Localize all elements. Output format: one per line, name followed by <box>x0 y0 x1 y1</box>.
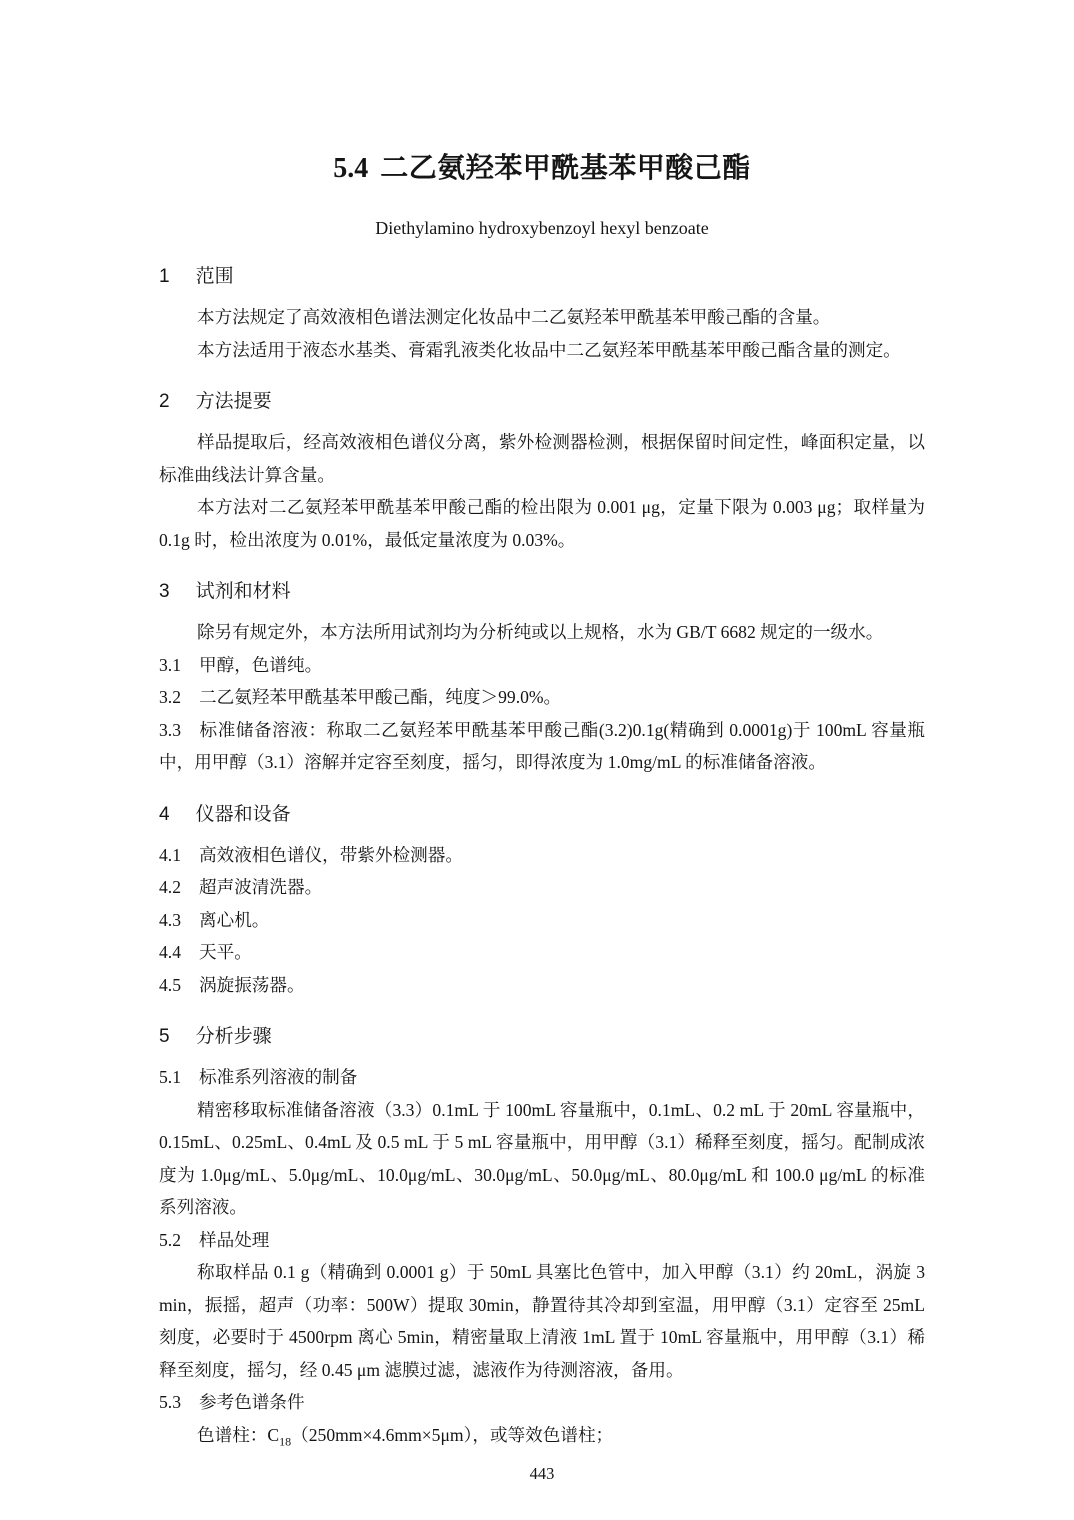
subsection-heading: 5.1标准系列溶液的制备 <box>159 1061 925 1094</box>
item-text: 二乙氨羟苯甲酰基苯甲酸己酯，纯度＞99.0%。 <box>199 687 561 707</box>
paragraph: 本方法规定了高效液相色谱法测定化妆品中二乙氨羟苯甲酰基苯甲酸己酯的含量。 <box>159 301 925 334</box>
item-number: 3.3 <box>159 720 181 740</box>
page-title: 5.4二乙氨羟苯甲酰基苯甲酸己酯 <box>159 146 925 191</box>
subsection-title: 参考色谱条件 <box>199 1392 305 1412</box>
section-heading: 1范围 <box>159 263 925 291</box>
list-item: 4.5涡旋振荡器。 <box>159 969 925 1002</box>
section-heading: 5分析步骤 <box>159 1023 925 1051</box>
item-number: 3.1 <box>159 655 181 675</box>
section-number: 2 <box>159 391 170 412</box>
section-method-summary: 2方法提要 样品提取后，经高效液相色谱仪分离，紫外检测器检测，根据保留时间定性，… <box>159 388 925 556</box>
item-number: 5.1 <box>159 1067 181 1087</box>
item-number: 5.3 <box>159 1392 181 1412</box>
section-number: 1 <box>159 266 170 287</box>
page-title-number: 5.4 <box>333 153 368 184</box>
list-item: 4.4天平。 <box>159 936 925 969</box>
section-number: 3 <box>159 581 170 602</box>
subsection-heading: 5.3参考色谱条件 <box>159 1386 925 1419</box>
document-page: 5.4二乙氨羟苯甲酰基苯甲酸己酯 Diethylamino hydroxyben… <box>0 0 1074 1520</box>
list-item: 3.3标准储备溶液：称取二乙氨羟苯甲酰基苯甲酸己酯(3.2)0.1g(精确到 0… <box>159 714 925 779</box>
section-number: 5 <box>159 1026 170 1047</box>
section-reagents-materials: 3试剂和材料 除另有规定外，本方法所用试剂均为分析纯或以上规格，水为 GB/T … <box>159 578 925 779</box>
list-item: 4.3离心机。 <box>159 904 925 937</box>
document-content: 5.4二乙氨羟苯甲酰基苯甲酸己酯 Diethylamino hydroxyben… <box>159 0 925 1485</box>
section-heading-label: 分析步骤 <box>196 1026 272 1047</box>
item-number: 4.3 <box>159 910 181 930</box>
item-number: 4.2 <box>159 877 181 897</box>
section-heading-label: 方法提要 <box>196 391 272 412</box>
paragraph: 称取样品 0.1 g（精确到 0.0001 g）于 50mL 具塞比色管中，加入… <box>159 1256 925 1386</box>
item-number: 4.5 <box>159 975 181 995</box>
page-number: 443 <box>159 1463 925 1485</box>
item-text: 标准储备溶液：称取二乙氨羟苯甲酰基苯甲酸己酯(3.2)0.1g(精确到 0.00… <box>159 720 925 773</box>
section-heading-label: 范围 <box>196 266 234 287</box>
list-item: 3.2二乙氨羟苯甲酰基苯甲酸己酯，纯度＞99.0%。 <box>159 681 925 714</box>
section-scope: 1范围 本方法规定了高效液相色谱法测定化妆品中二乙氨羟苯甲酰基苯甲酸己酯的含量。… <box>159 263 925 366</box>
section-instruments-equipment: 4仪器和设备 4.1高效液相色谱仪，带紫外检测器。 4.2超声波清洗器。 4.3… <box>159 801 925 1002</box>
item-number: 4.1 <box>159 845 181 865</box>
chromatographic-column-line: 色谱柱：C18（250mm×4.6mm×5μm），或等效色谱柱； <box>159 1419 925 1452</box>
paragraph: 样品提取后，经高效液相色谱仪分离，紫外检测器检测，根据保留时间定性，峰面积定量，… <box>159 426 925 491</box>
subtitle-english: Diethylamino hydroxybenzoyl hexyl benzoa… <box>159 215 925 241</box>
subsection-title: 标准系列溶液的制备 <box>199 1067 357 1087</box>
paragraph: 本方法对二乙氨羟苯甲酰基苯甲酸己酯的检出限为 0.001 μg，定量下限为 0.… <box>159 491 925 556</box>
paragraph: 精密移取标准储备溶液（3.3）0.1mL 于 100mL 容量瓶中，0.1mL、… <box>159 1094 925 1224</box>
section-analysis-procedure: 5分析步骤 5.1标准系列溶液的制备 精密移取标准储备溶液（3.3）0.1mL … <box>159 1023 925 1451</box>
item-text: 高效液相色谱仪，带紫外检测器。 <box>199 845 463 865</box>
item-number: 5.2 <box>159 1230 181 1250</box>
section-number: 4 <box>159 804 170 825</box>
list-item: 3.1甲醇，色谱纯。 <box>159 649 925 682</box>
column-c18-subscript: 18 <box>279 1434 291 1448</box>
item-text: 甲醇，色谱纯。 <box>199 655 322 675</box>
item-text: 天平。 <box>199 942 252 962</box>
item-number: 4.4 <box>159 942 181 962</box>
column-line-prefix: 色谱柱：C <box>197 1425 279 1445</box>
list-item: 4.2超声波清洗器。 <box>159 871 925 904</box>
list-item: 4.1高效液相色谱仪，带紫外检测器。 <box>159 839 925 872</box>
column-line-suffix: （250mm×4.6mm×5μm），或等效色谱柱； <box>291 1425 613 1445</box>
item-text: 涡旋振荡器。 <box>199 975 305 995</box>
paragraph: 除另有规定外，本方法所用试剂均为分析纯或以上规格，水为 GB/T 6682 规定… <box>159 616 925 649</box>
section-heading: 3试剂和材料 <box>159 578 925 606</box>
subsection-heading: 5.2样品处理 <box>159 1224 925 1257</box>
section-heading-label: 试剂和材料 <box>196 581 291 602</box>
item-text: 超声波清洗器。 <box>199 877 322 897</box>
section-heading: 4仪器和设备 <box>159 801 925 829</box>
page-title-text: 二乙氨羟苯甲酰基苯甲酸己酯 <box>380 152 751 183</box>
section-heading-label: 仪器和设备 <box>196 804 291 825</box>
item-number: 3.2 <box>159 687 181 707</box>
subsection-title: 样品处理 <box>199 1230 269 1250</box>
section-heading: 2方法提要 <box>159 388 925 416</box>
item-text: 离心机。 <box>199 910 269 930</box>
paragraph: 本方法适用于液态水基类、膏霜乳液类化妆品中二乙氨羟苯甲酰基苯甲酸己酯含量的测定。 <box>159 334 925 367</box>
